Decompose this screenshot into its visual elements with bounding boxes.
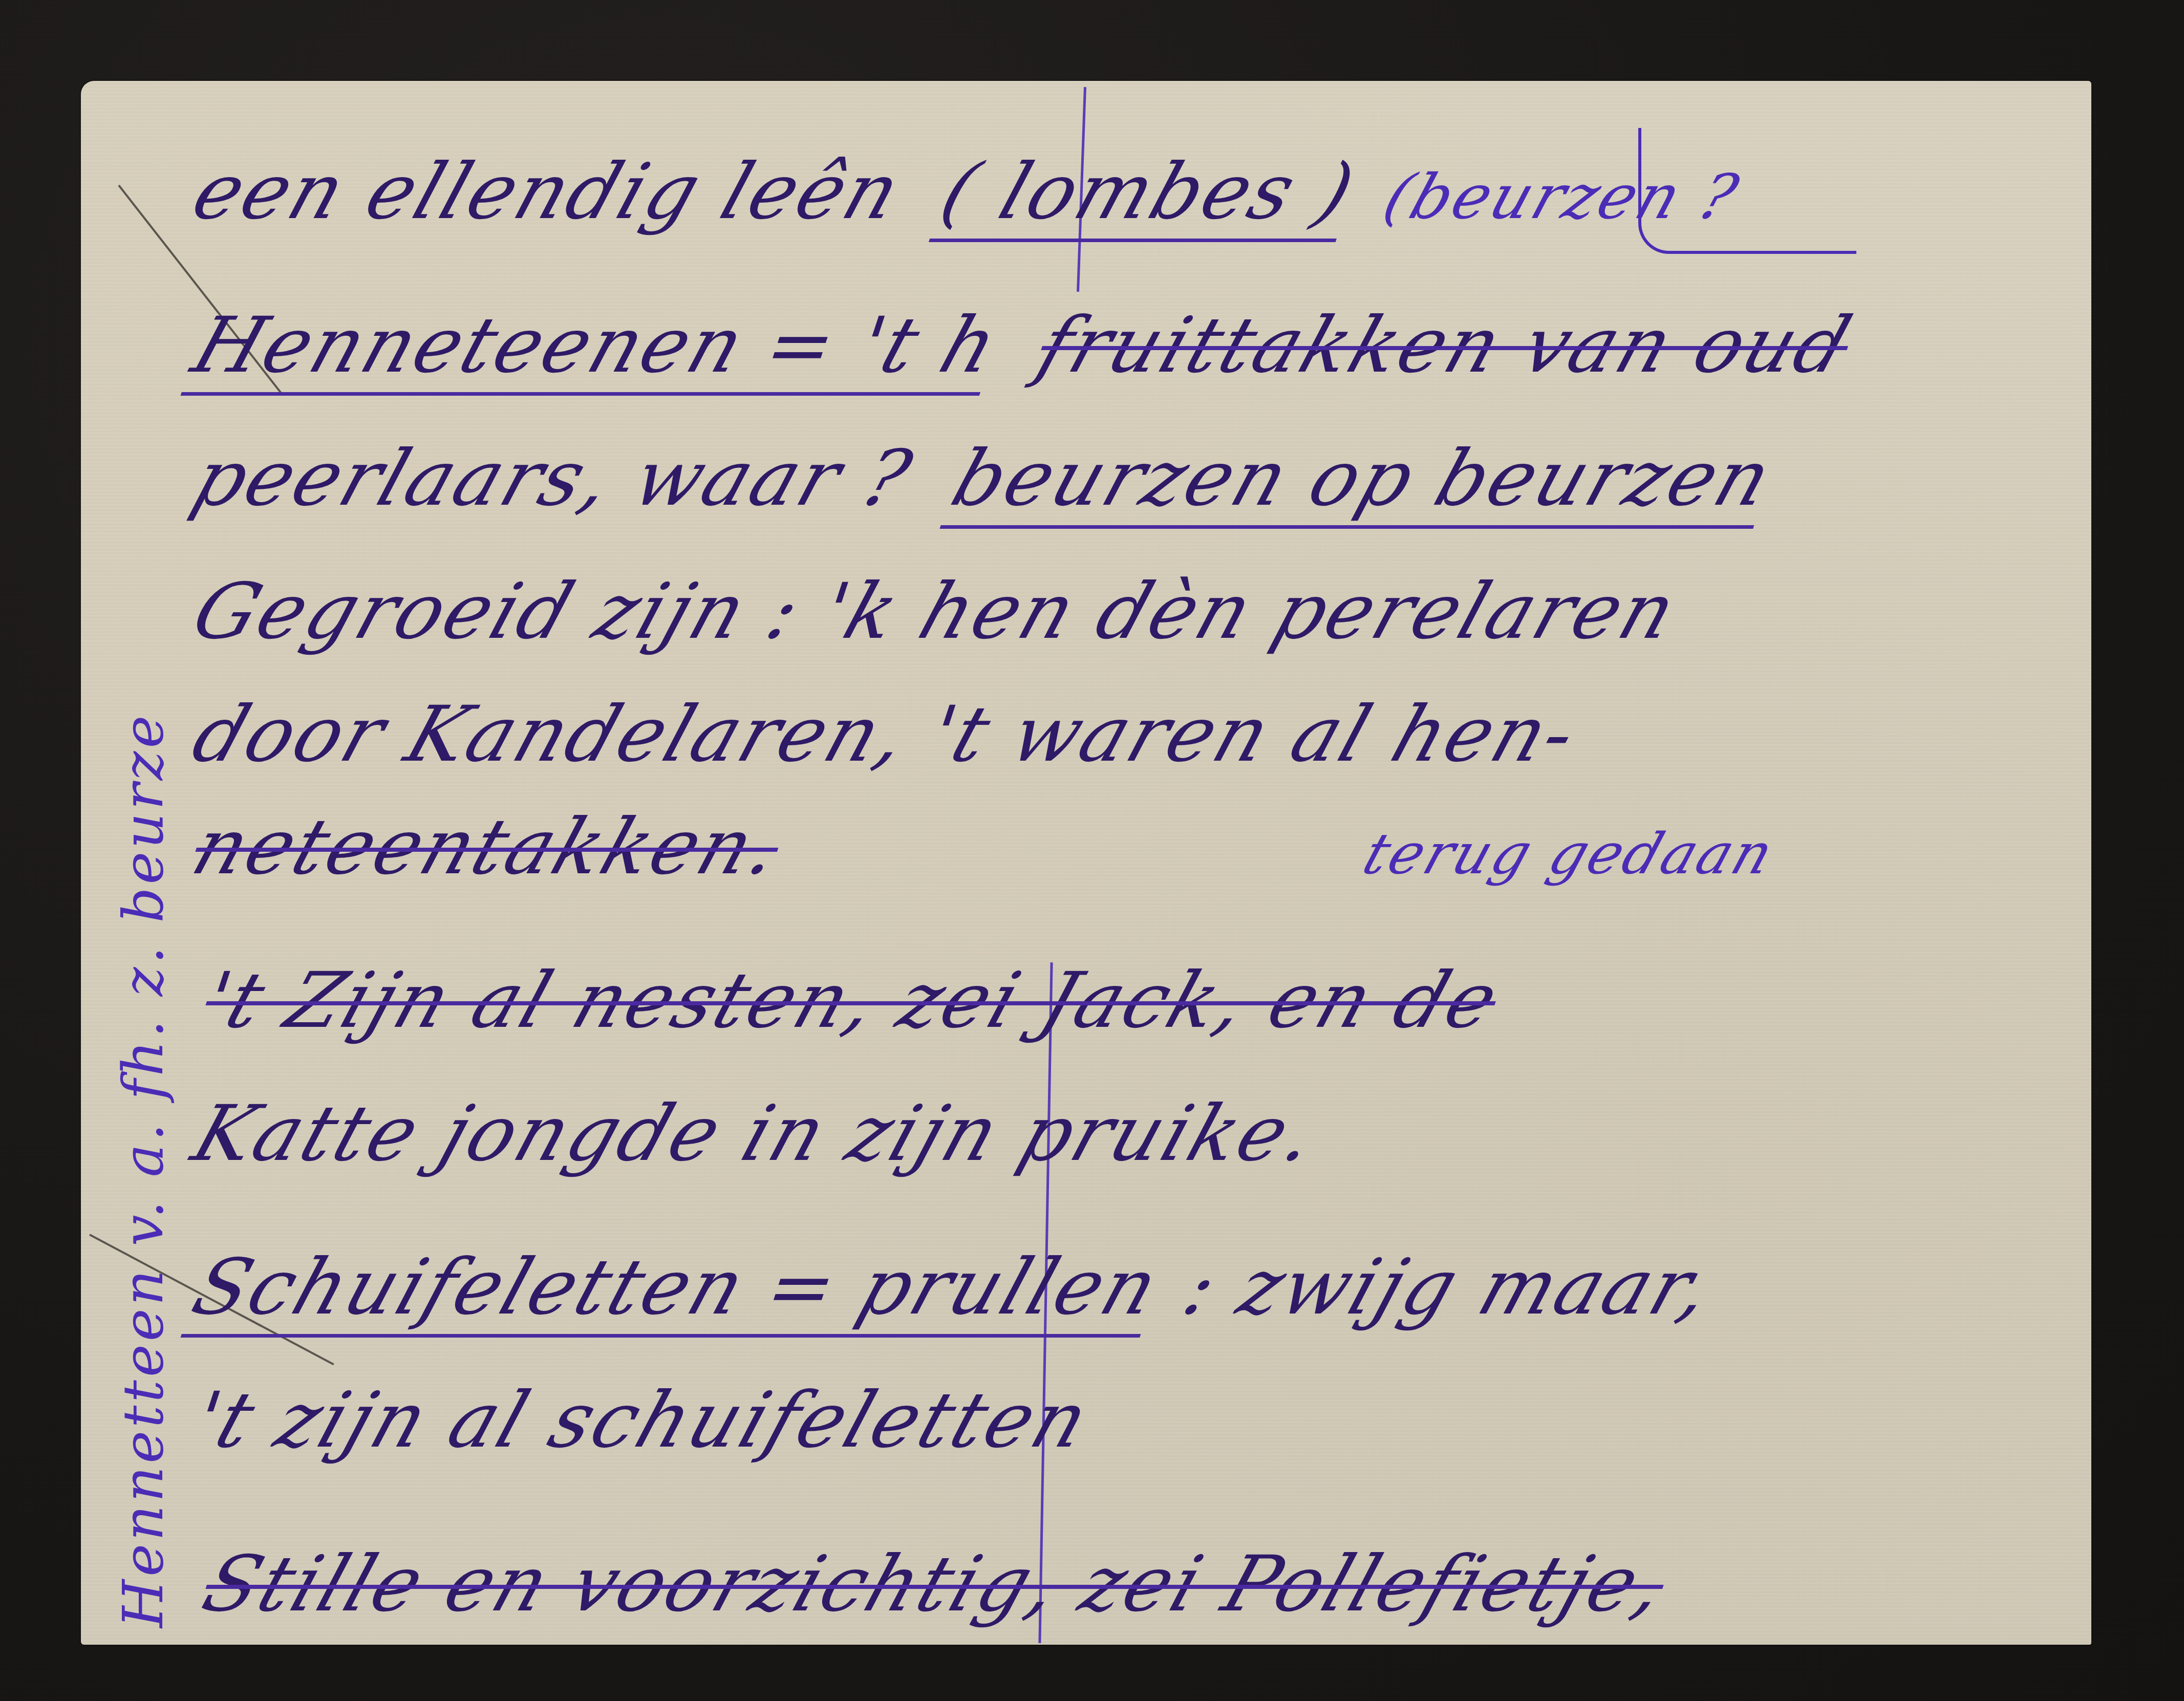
margin-note-vertical: Hennetteen v. a. fh. z. beurze bbox=[112, 713, 176, 1628]
line-text: een ellendig leên bbox=[184, 154, 910, 230]
line-text: : zwijg maar, bbox=[1175, 1249, 1722, 1326]
manuscript-line-3: peerlaars, waar ? beurzen op beurzen bbox=[184, 440, 1782, 517]
line-text: peerlaars, waar ? bbox=[184, 440, 922, 517]
line-text: Gegroeid zijn : 'k hen dèn perelaren bbox=[184, 573, 1686, 650]
manuscript-line-1: een ellendig leên ( lombes ) (beurzen ? bbox=[184, 154, 1751, 230]
line-text: Katte jongde in zijn pruike. bbox=[184, 1095, 1326, 1172]
manuscript-line-6: neteentakken. terug gedaan bbox=[184, 809, 1787, 886]
struck-text: Stille en voorzichtig, zei Pollefietje, bbox=[195, 1546, 1676, 1623]
manuscript-line-7: 't Zijn al nesten, zei Jack, en de bbox=[195, 962, 1509, 1039]
annotation-bracket bbox=[1638, 128, 1856, 254]
line-text: fruittakken van oud bbox=[1030, 307, 1861, 384]
manuscript-line-9: Schuifeletten = prullen : zwijg maar, bbox=[184, 1249, 1722, 1326]
struck-text: neteentakken. bbox=[184, 809, 791, 886]
struck-text: 't Zijn al nesten, zei Jack, en de bbox=[195, 962, 1509, 1039]
struck-text: Schuifeletten = prullen bbox=[184, 1249, 1168, 1326]
parenthetical-word: ( lombes ) bbox=[932, 154, 1364, 230]
manuscript-line-11: Stille en voorzichtig, zei Pollefietje, bbox=[195, 1546, 1676, 1623]
manuscript-line-10: 't zijn al schuifeletten bbox=[184, 1382, 1099, 1459]
manuscript-line-5: door Kandelaren, 't waren al hen- bbox=[184, 696, 1587, 773]
annotation-text: terug gedaan bbox=[1357, 826, 1782, 882]
manuscript-line-8: Katte jongde in zijn pruike. bbox=[184, 1095, 1326, 1172]
line-text: door Kandelaren, 't waren al hen- bbox=[184, 696, 1587, 773]
manuscript-line-2: Henneteenen = 't h fruittakken van oud bbox=[184, 307, 1861, 384]
struck-text: Henneteenen = 't h bbox=[184, 307, 1008, 384]
line-text: 't zijn al schuifeletten bbox=[184, 1382, 1099, 1459]
manuscript-line-4: Gegroeid zijn : 'k hen dèn perelaren bbox=[184, 573, 1686, 650]
struck-text: beurzen op beurzen bbox=[944, 440, 1782, 517]
